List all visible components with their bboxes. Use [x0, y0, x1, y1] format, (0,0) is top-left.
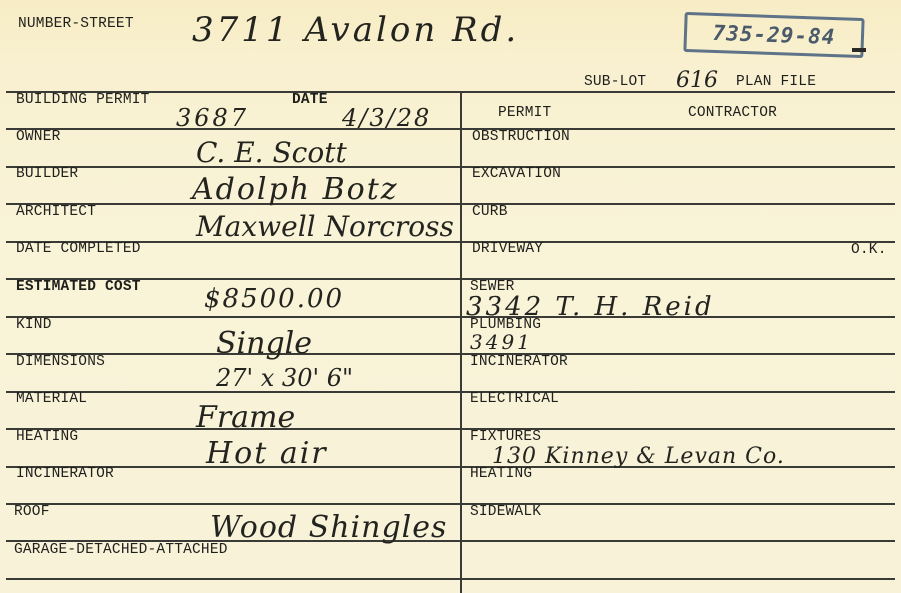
rule-line	[6, 128, 895, 130]
number-street-label: NUMBER-STREET	[18, 16, 134, 32]
plumbing-value: 3491	[470, 330, 533, 354]
owner-label: OWNER	[16, 129, 61, 145]
material-value: Frame	[196, 400, 295, 435]
dimensions-value: 27' x 30' 6"	[216, 364, 353, 392]
rule-line	[6, 578, 895, 580]
contractor-header: CONTRACTOR	[688, 105, 777, 121]
curb-label: CURB	[472, 204, 508, 220]
plan-file-label: PLAN FILE	[736, 74, 816, 90]
dimensions-label: DIMENSIONS	[16, 354, 105, 370]
fixtures-label: FIXTURES	[470, 429, 541, 445]
building-permit-label: BUILDING PERMIT	[16, 92, 150, 108]
material-label: MATERIAL	[16, 391, 87, 407]
date-value: 4/3/28	[342, 104, 431, 132]
column-divider	[460, 93, 462, 593]
builder-label: BUILDER	[16, 166, 78, 182]
kind-value: Single	[216, 326, 312, 361]
incinerator-label: INCINERATOR	[16, 466, 114, 482]
rule-line	[6, 316, 895, 318]
stamp-mark	[852, 48, 866, 52]
garage-label: GARAGE-DETACHED-ATTACHED	[14, 542, 228, 558]
number-street-value: 3711 Avalon Rd.	[192, 10, 519, 50]
heating-value: Hot air	[206, 436, 328, 471]
permit-card: NUMBER-STREET 3711 Avalon Rd. 735-29-84 …	[0, 0, 901, 593]
building-permit-value: 3687	[176, 104, 249, 132]
heating-label: HEATING	[16, 429, 78, 445]
rule-line	[6, 428, 895, 430]
excavation-label: EXCAVATION	[472, 166, 561, 182]
driveway-note: O.K.	[851, 242, 887, 258]
rule-line	[6, 391, 895, 393]
roof-value: Wood Shingles	[210, 510, 447, 545]
rule-line	[6, 503, 895, 505]
estimated-cost-label: ESTIMATED COST	[16, 279, 141, 295]
owner-value: C. E. Scott	[196, 136, 347, 169]
rule-line	[6, 166, 895, 168]
date-label: DATE	[292, 92, 328, 108]
kind-label: KIND	[16, 317, 52, 333]
driveway-label: DRIVEWAY	[472, 241, 543, 257]
architect-value: Maxwell Norcross	[196, 210, 454, 243]
estimated-cost-value: $8500.00	[204, 284, 344, 314]
heating-permit-label: HEATING	[470, 466, 532, 482]
file-number-stamp: 735-29-84	[683, 12, 864, 58]
incinerator-permit-label: INCINERATOR	[470, 354, 568, 370]
rule-line	[6, 353, 895, 355]
date-completed-label: DATE COMPLETED	[16, 241, 141, 257]
permit-header: PERMIT	[498, 105, 551, 121]
sub-lot-label: SUB-LOT	[584, 74, 646, 90]
architect-label: ARCHITECT	[16, 204, 96, 220]
electrical-label: ELECTRICAL	[470, 391, 559, 407]
sidewalk-label: SIDEWALK	[470, 504, 541, 520]
rule-line	[6, 203, 895, 205]
fixtures-value: 130 Kinney & Levan Co.	[492, 444, 785, 469]
sub-lot-value: 616	[676, 68, 718, 93]
builder-value: Adolph Botz	[192, 172, 399, 207]
obstruction-label: OBSTRUCTION	[472, 129, 570, 145]
roof-label: ROOF	[14, 504, 50, 520]
